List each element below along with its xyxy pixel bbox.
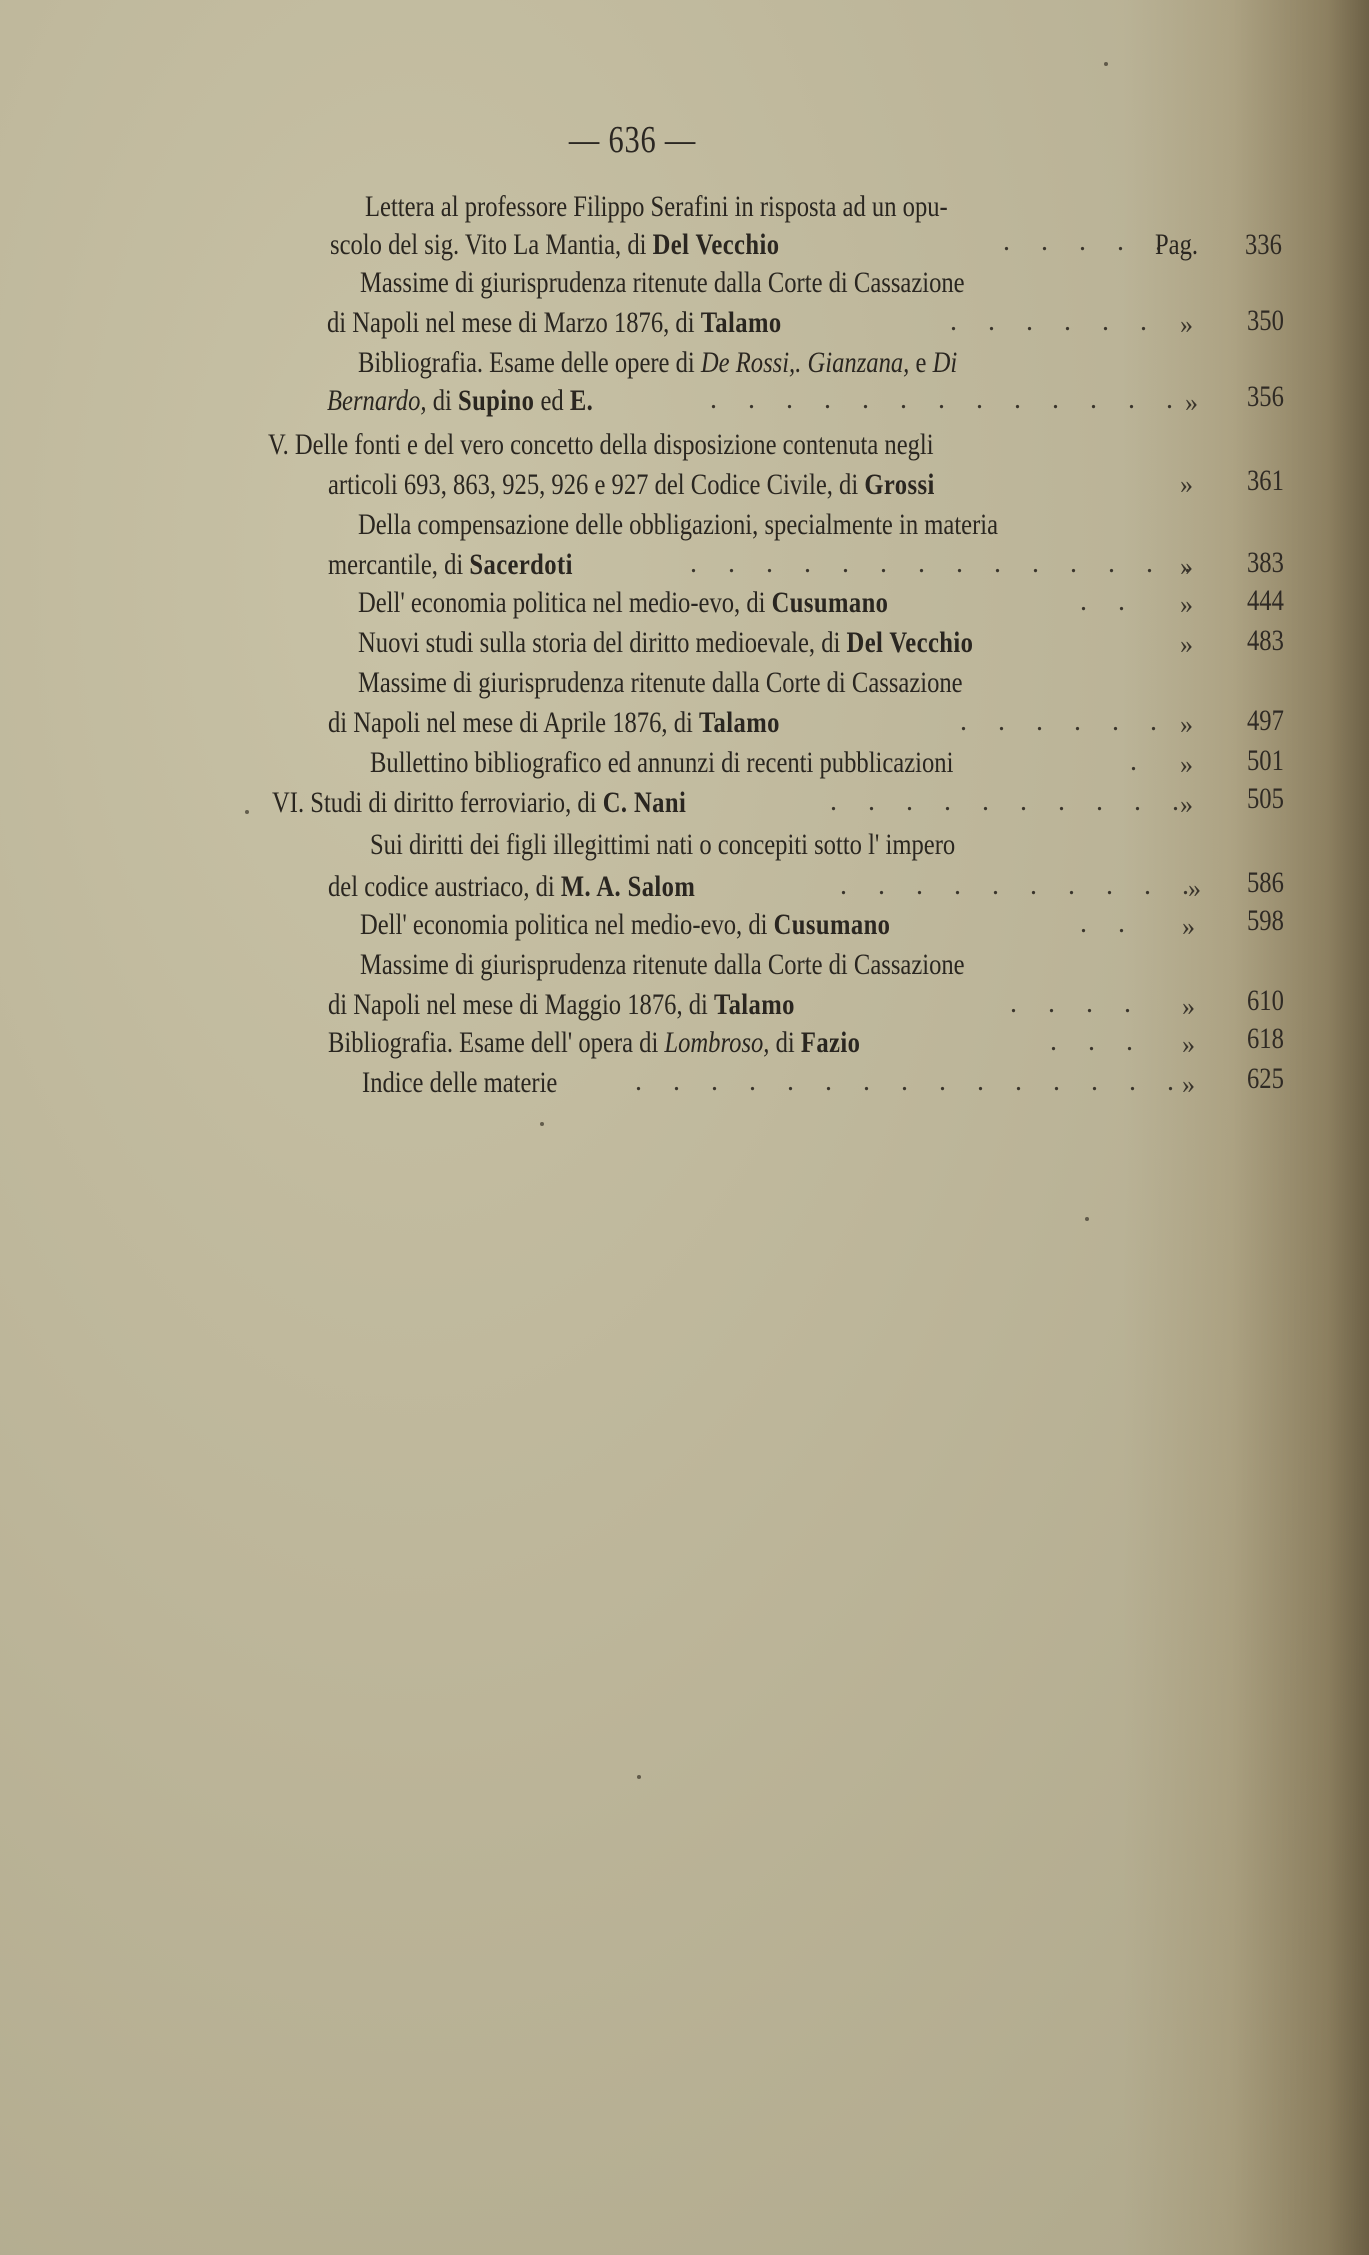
toc-entry-line: Bullettino bibliografico ed annunzi di r…	[370, 746, 1081, 786]
page-ref: 383	[1247, 546, 1284, 580]
leader-dots: . . . . . . . . . . . . . . .	[635, 1066, 1186, 1098]
author-name: Fazio	[801, 1026, 860, 1059]
ditto-mark: »	[1180, 590, 1193, 620]
ditto-mark: »	[1182, 1030, 1195, 1060]
leader-dots: . .	[1080, 586, 1137, 618]
author-name: E.	[570, 384, 593, 417]
ditto-mark: »	[1180, 790, 1193, 820]
author-name: Talamo	[699, 706, 780, 739]
ditto-mark: »	[1188, 874, 1201, 904]
ditto-mark: »	[1180, 710, 1193, 740]
leader-dots: . . . . . . . . . .	[830, 786, 1191, 818]
page-ref: 350	[1247, 304, 1284, 338]
author-name: Del Vecchio	[847, 626, 974, 659]
ditto-mark: »	[1185, 388, 1198, 418]
author-name: Supino	[458, 384, 534, 417]
toc-entry-line: mercantile, di Sacerdoti	[328, 548, 627, 588]
toc-entry-line: Bibliografia. Esame delle opere di De Ro…	[358, 346, 1089, 386]
ditto-mark: »	[1180, 552, 1193, 582]
paper-speck	[1104, 62, 1108, 66]
author-name: Talamo	[714, 988, 795, 1021]
toc-entry-line: VI. Studi di diritto ferroviario, di C. …	[272, 786, 777, 826]
author-name: Cusumano	[772, 586, 889, 619]
author-name: Del Vecchio	[653, 228, 780, 261]
leader-dots: . . . . .	[1003, 226, 1174, 258]
toc-entry-line: di Napoli nel mese di Maggio 1876, di Ta…	[328, 988, 897, 1028]
toc-entry-line: Bernardo, di Supino ed E.	[327, 384, 652, 424]
page-ref: 361	[1247, 464, 1284, 498]
author-name: Cusumano	[774, 908, 891, 941]
leader-dots: . . . . . .	[960, 706, 1169, 738]
section-numeral: VI.	[272, 786, 304, 819]
toc-entry-line: Dell' economia politica nel medio-evo, d…	[360, 908, 1007, 948]
toc-entry-line: scolo del sig. Vito La Mantia, di Del Ve…	[330, 228, 878, 268]
leader-dots: . . . . . .	[950, 306, 1159, 338]
ditto-mark: »	[1180, 630, 1193, 660]
author-name: Talamo	[701, 306, 782, 339]
page-ref: 625	[1247, 1062, 1284, 1096]
author-name: C. Nani	[603, 786, 687, 819]
toc-entry-line: Nuovi studi sulla storia del diritto med…	[358, 626, 1108, 666]
paper-speck	[540, 1122, 544, 1126]
paper-speck	[1085, 1217, 1089, 1221]
leader-dots: . . . .	[1010, 988, 1143, 1020]
leader-dots: . .	[1080, 908, 1137, 940]
toc-entry-line: di Napoli nel mese di Aprile 1876, di Ta…	[328, 706, 879, 746]
toc-entry-line: Massime di giurisprudenza ritenute dalla…	[360, 266, 1097, 306]
page-ref: 444	[1247, 584, 1284, 618]
leader-dots: . . .	[1050, 1026, 1145, 1058]
page-ref: 501	[1247, 744, 1284, 778]
page-ref: 598	[1247, 904, 1284, 938]
page-ref: 505	[1247, 782, 1284, 816]
page-ref: 483	[1247, 624, 1284, 658]
ditto-mark: »	[1180, 310, 1193, 340]
author-name: M. A. Salom	[561, 870, 695, 903]
toc-entry-line: articoli 693, 863, 925, 926 e 927 del Co…	[328, 468, 1068, 508]
toc-entry-line: Bibliografia. Esame dell' opera di Lombr…	[328, 1026, 977, 1066]
author-name: Sacerdoti	[469, 548, 572, 581]
ditto-mark: »	[1180, 750, 1193, 780]
leader-dots: . . . . . . . . . .	[840, 870, 1201, 902]
ditto-mark: »	[1182, 992, 1195, 1022]
page-ref: 356	[1247, 380, 1284, 414]
toc-entry-line: Dell' economia politica nel medio-evo, d…	[358, 586, 1005, 626]
toc-entry-line: Della compensazione delle obbligazioni, …	[358, 508, 1139, 548]
page-ref: 586	[1247, 866, 1284, 900]
toc-entry-line: Lettera al professore Filippo Serafini i…	[365, 190, 1076, 230]
page-ref: 610	[1247, 984, 1284, 1018]
leader-dots: . . . . . . . . . . . . .	[710, 384, 1185, 416]
toc-entry-line: Massime di giurisprudenza ritenute dalla…	[360, 948, 1097, 988]
author-name: Grossi	[864, 468, 934, 501]
ditto-mark: »	[1180, 470, 1193, 500]
toc-entry-line: del codice austriaco, di M. A. Salom	[328, 870, 776, 910]
leader-dots: . . . . . . . . . . . . . .	[690, 548, 1203, 580]
ditto-mark: »	[1182, 1070, 1195, 1100]
page-ref: 618	[1247, 1022, 1284, 1056]
ditto-mark: »	[1182, 912, 1195, 942]
toc-entry-line: Massime di giurisprudenza ritenute dalla…	[358, 666, 1095, 706]
section-numeral: V.	[268, 428, 289, 461]
toc-entry-line: Indice delle materie	[362, 1066, 600, 1106]
page-ref: 497	[1247, 704, 1284, 738]
toc-entry-line: Sui diritti dei figli illegittimi nati o…	[370, 828, 1084, 868]
pag-label: Pag.	[1155, 228, 1198, 262]
paper-speck	[245, 810, 249, 814]
leader-dots: .	[1130, 746, 1149, 778]
paper-speck	[637, 1775, 641, 1779]
page-number: — 636 —	[85, 118, 1180, 162]
page-ref: 336	[1245, 228, 1282, 262]
toc-entry-line: V. Delle fonti e del vero concetto della…	[268, 428, 1080, 468]
toc-entry-line: di Napoli nel mese di Marzo 1876, di Tal…	[327, 306, 881, 346]
